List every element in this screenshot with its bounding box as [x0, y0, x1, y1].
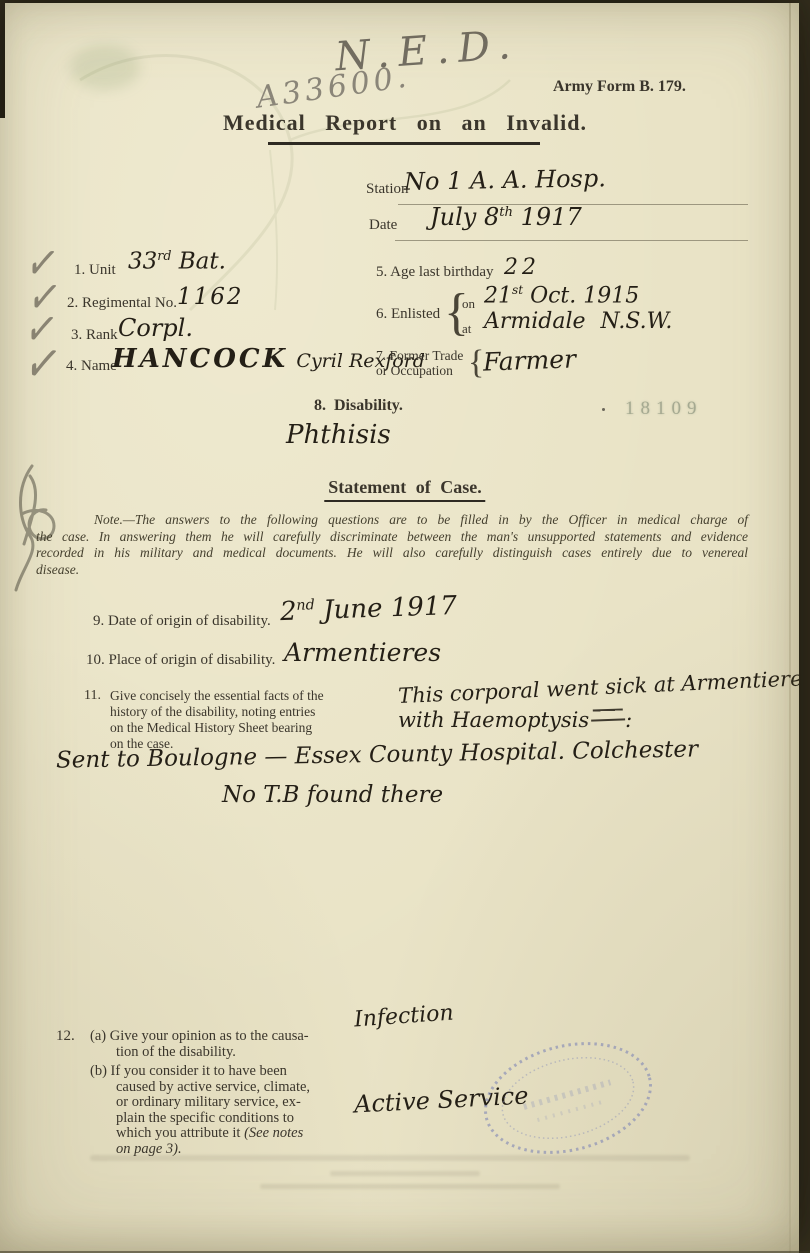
- q11-label-line1: Give concisely the essential facts of th…: [110, 688, 410, 704]
- ink-dot: [602, 408, 605, 411]
- unit-rest: Bat.: [179, 249, 226, 275]
- enlisted-at-label: at: [462, 321, 471, 337]
- q11-answer-line4: No T.B found there: [222, 782, 443, 808]
- date-rule: [395, 240, 748, 241]
- enlisted-at-value: Armidale N.S.W.: [484, 309, 672, 334]
- crossed-out-word: [591, 710, 625, 721]
- q11-label-line3: on the Medical History Sheet bearing: [110, 720, 410, 736]
- q12a-line2: tion of the disability.: [90, 1044, 360, 1060]
- scanned-document-page: N.E.D. A33600. Army Form B. 179. Medical…: [0, 0, 810, 1253]
- q10-answer: Armentieres: [284, 638, 441, 667]
- q9-ordinal: nd: [296, 597, 315, 614]
- regimental-value: 1162: [177, 284, 244, 310]
- age-label: 5. Age last birthday: [376, 264, 493, 281]
- q12b-line5-italic: (See notes: [244, 1125, 303, 1141]
- page-title: Medical Report on an Invalid.: [0, 110, 810, 136]
- enlisted-on-label: on: [462, 296, 475, 312]
- q12-number: 12.: [56, 1028, 75, 1045]
- enlisted-on-value: 21st Oct. 1915: [484, 283, 639, 308]
- scan-edge-right: [799, 0, 810, 1253]
- q9-day: 2: [280, 597, 298, 628]
- regimental-label: 2. Regimental No.: [67, 295, 177, 312]
- enlisted-monthyear: Oct. 1915: [530, 283, 639, 308]
- q12b-line5: which you attribute it (See notes: [90, 1126, 362, 1142]
- date-day: July 8: [430, 203, 499, 231]
- unit-number: 33: [128, 249, 157, 275]
- q11-answer-line2-colon: :: [625, 708, 632, 732]
- q11-number: 11.: [84, 688, 101, 704]
- showthrough-line: [330, 1171, 480, 1176]
- statement-heading: Statement of Case.: [324, 477, 485, 502]
- q9-label: 9. Date of origin of disability.: [93, 613, 271, 630]
- enlisted-label: 6. Enlisted: [376, 306, 440, 323]
- q10-label: 10. Place of origin of disability.: [86, 652, 275, 669]
- trade-label-line2: or Occupation: [376, 363, 463, 378]
- trade-value: Farmer: [483, 344, 577, 376]
- name-label: 4. Name: [66, 358, 117, 375]
- scan-edge-top: [0, 0, 810, 3]
- unit-label: 1. Unit: [74, 262, 116, 279]
- q12b-line2: caused by active service, climate,: [90, 1080, 362, 1096]
- q9-answer: 2nd June 1917: [280, 591, 458, 627]
- showthrough-line: [90, 1155, 690, 1161]
- showthrough-line: [260, 1184, 560, 1189]
- date-label: Date: [369, 217, 397, 234]
- q11-answer-line2-text: with Haemoptysis: [398, 708, 589, 732]
- enlisted-day: 21: [484, 283, 512, 308]
- paper-crease: [789, 0, 791, 1253]
- unit-value: 33rd Bat.: [128, 248, 226, 275]
- q12a-line1: (a) Give your opinion as to the causa-: [90, 1028, 360, 1044]
- trade-label-line1: 7. Former Trade: [376, 348, 463, 363]
- q11-label-line2: history of the disability, noting entrie…: [110, 704, 410, 720]
- date-year: 1917: [521, 203, 582, 231]
- disability-label: 8. Disability.: [314, 397, 403, 415]
- q11-answer-line1: This corporal went sick at Armentieres: [398, 666, 810, 708]
- q12b-label: (b) If you consider it to have been caus…: [90, 1064, 362, 1157]
- q12a-answer: Infection: [353, 1001, 454, 1033]
- q11-answer-line2: with Haemoptysis:: [398, 708, 632, 732]
- date-ordinal: th: [499, 205, 513, 220]
- rank-value: Corpl.: [118, 314, 193, 342]
- date-value: July 8th 1917: [430, 203, 582, 231]
- statement-note: Note.—The answers to the following quest…: [36, 512, 748, 578]
- station-label: Station: [366, 181, 409, 198]
- q12b-line4: plain the specific conditions to: [90, 1111, 362, 1127]
- q12b-line1: (b) If you consider it to have been: [90, 1064, 362, 1080]
- green-smudge: [70, 45, 140, 90]
- age-value: 22: [504, 255, 540, 280]
- form-number: Army Form B. 179.: [553, 78, 686, 96]
- enlisted-ordinal: st: [512, 283, 523, 297]
- q12b-line5-normal: which you attribute it: [116, 1125, 244, 1141]
- title-underline: [268, 142, 540, 145]
- station-value: No 1 A. A. Hosp.: [404, 164, 606, 196]
- serial-stamp: 18109: [625, 398, 703, 420]
- q9-monthyear: June 1917: [323, 591, 458, 626]
- q12b-line3: or ordinary military service, ex-: [90, 1095, 362, 1111]
- trade-label: 7. Former Trade or Occupation: [376, 348, 463, 378]
- rank-label: 3. Rank: [71, 327, 118, 344]
- disability-value: Phthisis: [286, 420, 391, 450]
- q12a-label: (a) Give your opinion as to the causa- t…: [90, 1028, 360, 1060]
- oval-stamp: [478, 1038, 658, 1158]
- unit-ordinal: rd: [157, 248, 171, 263]
- scan-edge-left: [0, 3, 5, 118]
- name-surname: HANCOCK: [112, 344, 288, 374]
